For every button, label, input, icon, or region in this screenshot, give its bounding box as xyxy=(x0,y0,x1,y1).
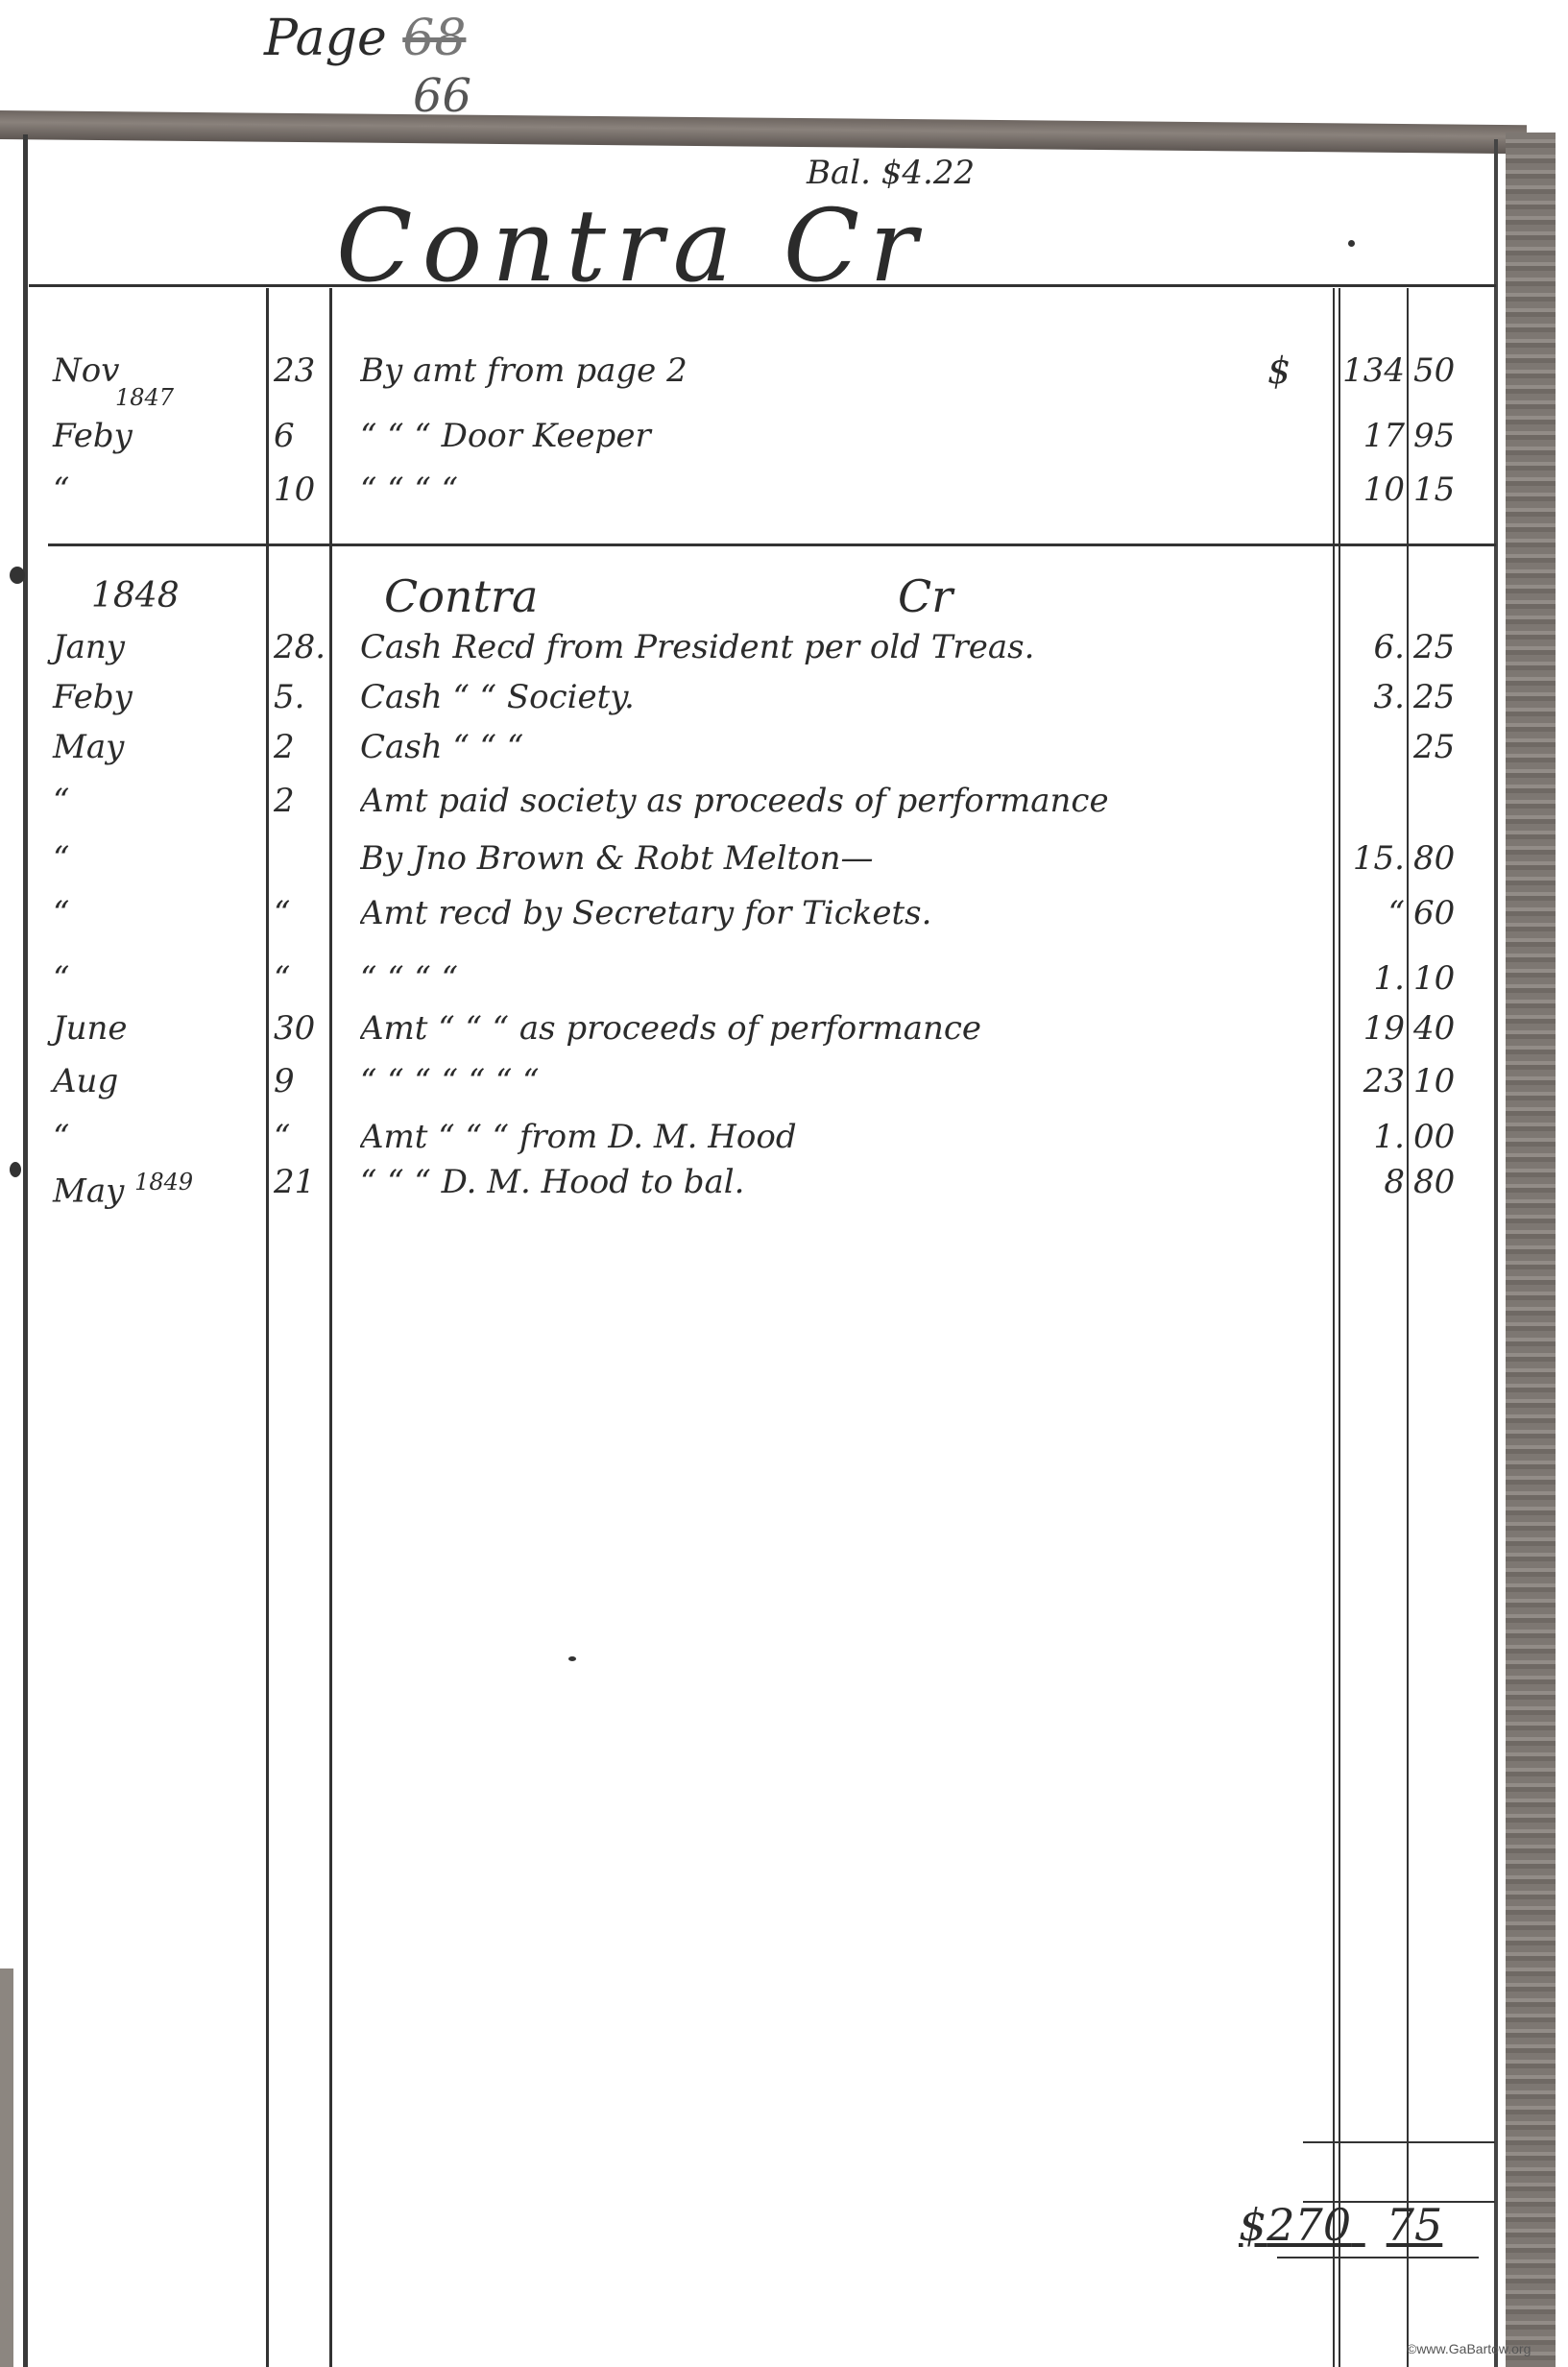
entry-month: Aug xyxy=(53,1056,259,1106)
entry-dollars: 3. xyxy=(1339,672,1405,722)
entry-month: Jany xyxy=(53,622,259,672)
entry-month: May xyxy=(53,722,259,772)
entry-description: “ “ “ “ xyxy=(360,465,1330,515)
entry-description: By amt from page 2 xyxy=(360,346,1330,396)
section2-heading-cr: Cr xyxy=(898,571,953,621)
page-left-shadow xyxy=(0,1968,13,2367)
entry-cents: 80 xyxy=(1413,833,1490,883)
entry-description: Amt paid society as proceeds of performa… xyxy=(360,776,1330,826)
entry-month: “ xyxy=(53,954,259,1003)
entry-month-name: May xyxy=(53,1171,124,1210)
entry-cents: 10 xyxy=(1413,954,1490,1003)
entry-description: Cash “ “ “ xyxy=(360,722,1330,772)
page-label-struck-number: 68 xyxy=(402,10,466,67)
entry-description: “ “ “ Door Keeper xyxy=(360,411,1330,461)
book-binding-right xyxy=(1506,133,1556,2367)
entry-dollars: 23 xyxy=(1339,1056,1405,1106)
entry-month: Nov xyxy=(53,346,259,396)
entry-dollars: “ xyxy=(1339,888,1405,938)
entry-day: 30 xyxy=(274,1003,331,1053)
entry-month: “ xyxy=(53,776,259,826)
entry-day: 9 xyxy=(274,1056,331,1106)
ledger-row: “ 10 “ “ “ “ 10 15 xyxy=(0,465,1498,515)
entry-cents: 10 xyxy=(1413,1056,1490,1106)
watermark: ©www.GaBartow.org xyxy=(1407,2341,1531,2356)
entry-description: Amt recd by Secretary for Tickets. xyxy=(360,888,1330,938)
ledger-row: Aug 9 “ “ “ “ “ “ “ 23 10 xyxy=(0,1056,1498,1106)
entry-description: Cash Recd from President per old Treas. xyxy=(360,622,1330,672)
total-cents: 75 xyxy=(1387,2199,1443,2251)
entry-cents: 60 xyxy=(1413,888,1490,938)
entry-description: Amt “ “ “ as proceeds of performance xyxy=(360,1003,1330,1053)
total-dollars: 270 xyxy=(1266,2199,1351,2251)
section2-year: 1848 xyxy=(91,571,298,621)
ledger-row: “ “ Amt “ “ “ from D. M. Hood 1. 00 xyxy=(0,1112,1498,1162)
entry-description: By Jno Brown & Robt Melton— xyxy=(360,833,1330,883)
entry-cents: 95 xyxy=(1413,411,1490,461)
entry-month: Feby xyxy=(53,672,259,722)
ledger-row: Feby 6 “ “ “ Door Keeper 17 95 xyxy=(0,411,1498,461)
ledger-row: Jany 28. Cash Recd from President per ol… xyxy=(0,622,1498,672)
entry-description: “ “ “ D. M. Hood to bal. xyxy=(360,1157,1330,1207)
entry-day: 2 xyxy=(274,776,331,826)
ledger-row: Feby 5. Cash “ “ Society. 3. 25 xyxy=(0,672,1498,722)
entry-cents: 25 xyxy=(1413,622,1490,672)
page-label: Page 68 xyxy=(264,10,466,67)
ink-blot xyxy=(10,1162,21,1177)
header-rule xyxy=(29,284,1496,287)
entry-cents: 40 xyxy=(1413,1003,1490,1053)
entry-day: 23 xyxy=(274,346,331,396)
ink-blot xyxy=(568,1656,576,1661)
entry-month: “ xyxy=(53,888,259,938)
total-marker: $ xyxy=(1239,2199,1266,2251)
entry-description: Cash “ “ Society. xyxy=(360,672,1330,722)
entry-month: “ xyxy=(53,465,259,515)
entry-dollars: 1. xyxy=(1339,954,1405,1003)
entry-month: May 1849 xyxy=(53,1157,259,1216)
entry-day: “ xyxy=(274,888,331,938)
entry-month: June xyxy=(53,1003,259,1053)
ledger-total: $270 75 xyxy=(1239,2199,1442,2251)
entry-day: 28. xyxy=(274,622,331,672)
ledger-row: Nov 23 By amt from page 2 $ 134 50 xyxy=(0,346,1498,396)
entry-day: 2 xyxy=(274,722,331,772)
entry-dollars: 6. xyxy=(1339,622,1405,672)
entry-day: 21 xyxy=(274,1157,331,1207)
section2-heading: Contra xyxy=(384,571,538,621)
ink-blot xyxy=(1348,240,1355,247)
ledger-row: “ “ “ “ “ “ 1. 10 xyxy=(0,954,1498,1003)
entry-day: “ xyxy=(274,954,331,1003)
section2-heading-row: 1848 Contra Cr xyxy=(0,571,1498,621)
ledger-row: May 1849 21 “ “ “ D. M. Hood to bal. 8 8… xyxy=(0,1157,1498,1207)
balance-note: Bal. $4.22 xyxy=(807,154,975,192)
total-underline xyxy=(1277,2257,1479,2258)
ledger-row: “ 2 Amt paid society as proceeds of perf… xyxy=(0,776,1498,826)
entry-dollars: 134 xyxy=(1339,346,1405,396)
entry-description: Amt “ “ “ from D. M. Hood xyxy=(360,1112,1330,1162)
entry-cents: 50 xyxy=(1413,346,1490,396)
dollar-marker: $ xyxy=(1267,346,1291,396)
entry-cents: 25 xyxy=(1413,672,1490,722)
ledger-row: “ “ Amt recd by Secretary for Tickets. “… xyxy=(0,888,1498,938)
entry-dollars: 1. xyxy=(1339,1112,1405,1162)
entry-dollars: 15. xyxy=(1339,833,1405,883)
entry-description: “ “ “ “ “ “ “ xyxy=(360,1056,1330,1106)
entry-cents: 25 xyxy=(1413,722,1490,772)
entry-month: “ xyxy=(53,833,259,883)
entry-month: Feby xyxy=(53,411,259,461)
entry-day: “ xyxy=(274,1112,331,1162)
entry-day: 5. xyxy=(274,672,331,722)
book-binding-top xyxy=(0,110,1527,154)
entry-dollars: 17 xyxy=(1339,411,1405,461)
entry-year: 1849 xyxy=(134,1169,193,1196)
entry-cents: 80 xyxy=(1413,1157,1490,1207)
ledger-row: May 2 Cash “ “ “ 25 xyxy=(0,722,1498,772)
ledger-row: June 30 Amt “ “ “ as proceeds of perform… xyxy=(0,1003,1498,1053)
ink-blot xyxy=(10,567,25,584)
entry-day: 6 xyxy=(274,411,331,461)
entry-dollars: 8 xyxy=(1339,1157,1405,1207)
entry-cents: 15 xyxy=(1413,465,1490,515)
entry-dollars: 10 xyxy=(1339,465,1405,515)
entry-cents: 00 xyxy=(1413,1112,1490,1162)
page-label-prefix: Page xyxy=(264,10,387,67)
total-rule-upper xyxy=(1303,2141,1495,2143)
entry-month: “ xyxy=(53,1112,259,1162)
entry-description: “ “ “ “ xyxy=(360,954,1330,1003)
ledger-row: “ By Jno Brown & Robt Melton— 15. 80 xyxy=(0,833,1498,883)
entry-day: 10 xyxy=(274,465,331,515)
entry-dollars: 19 xyxy=(1339,1003,1405,1053)
